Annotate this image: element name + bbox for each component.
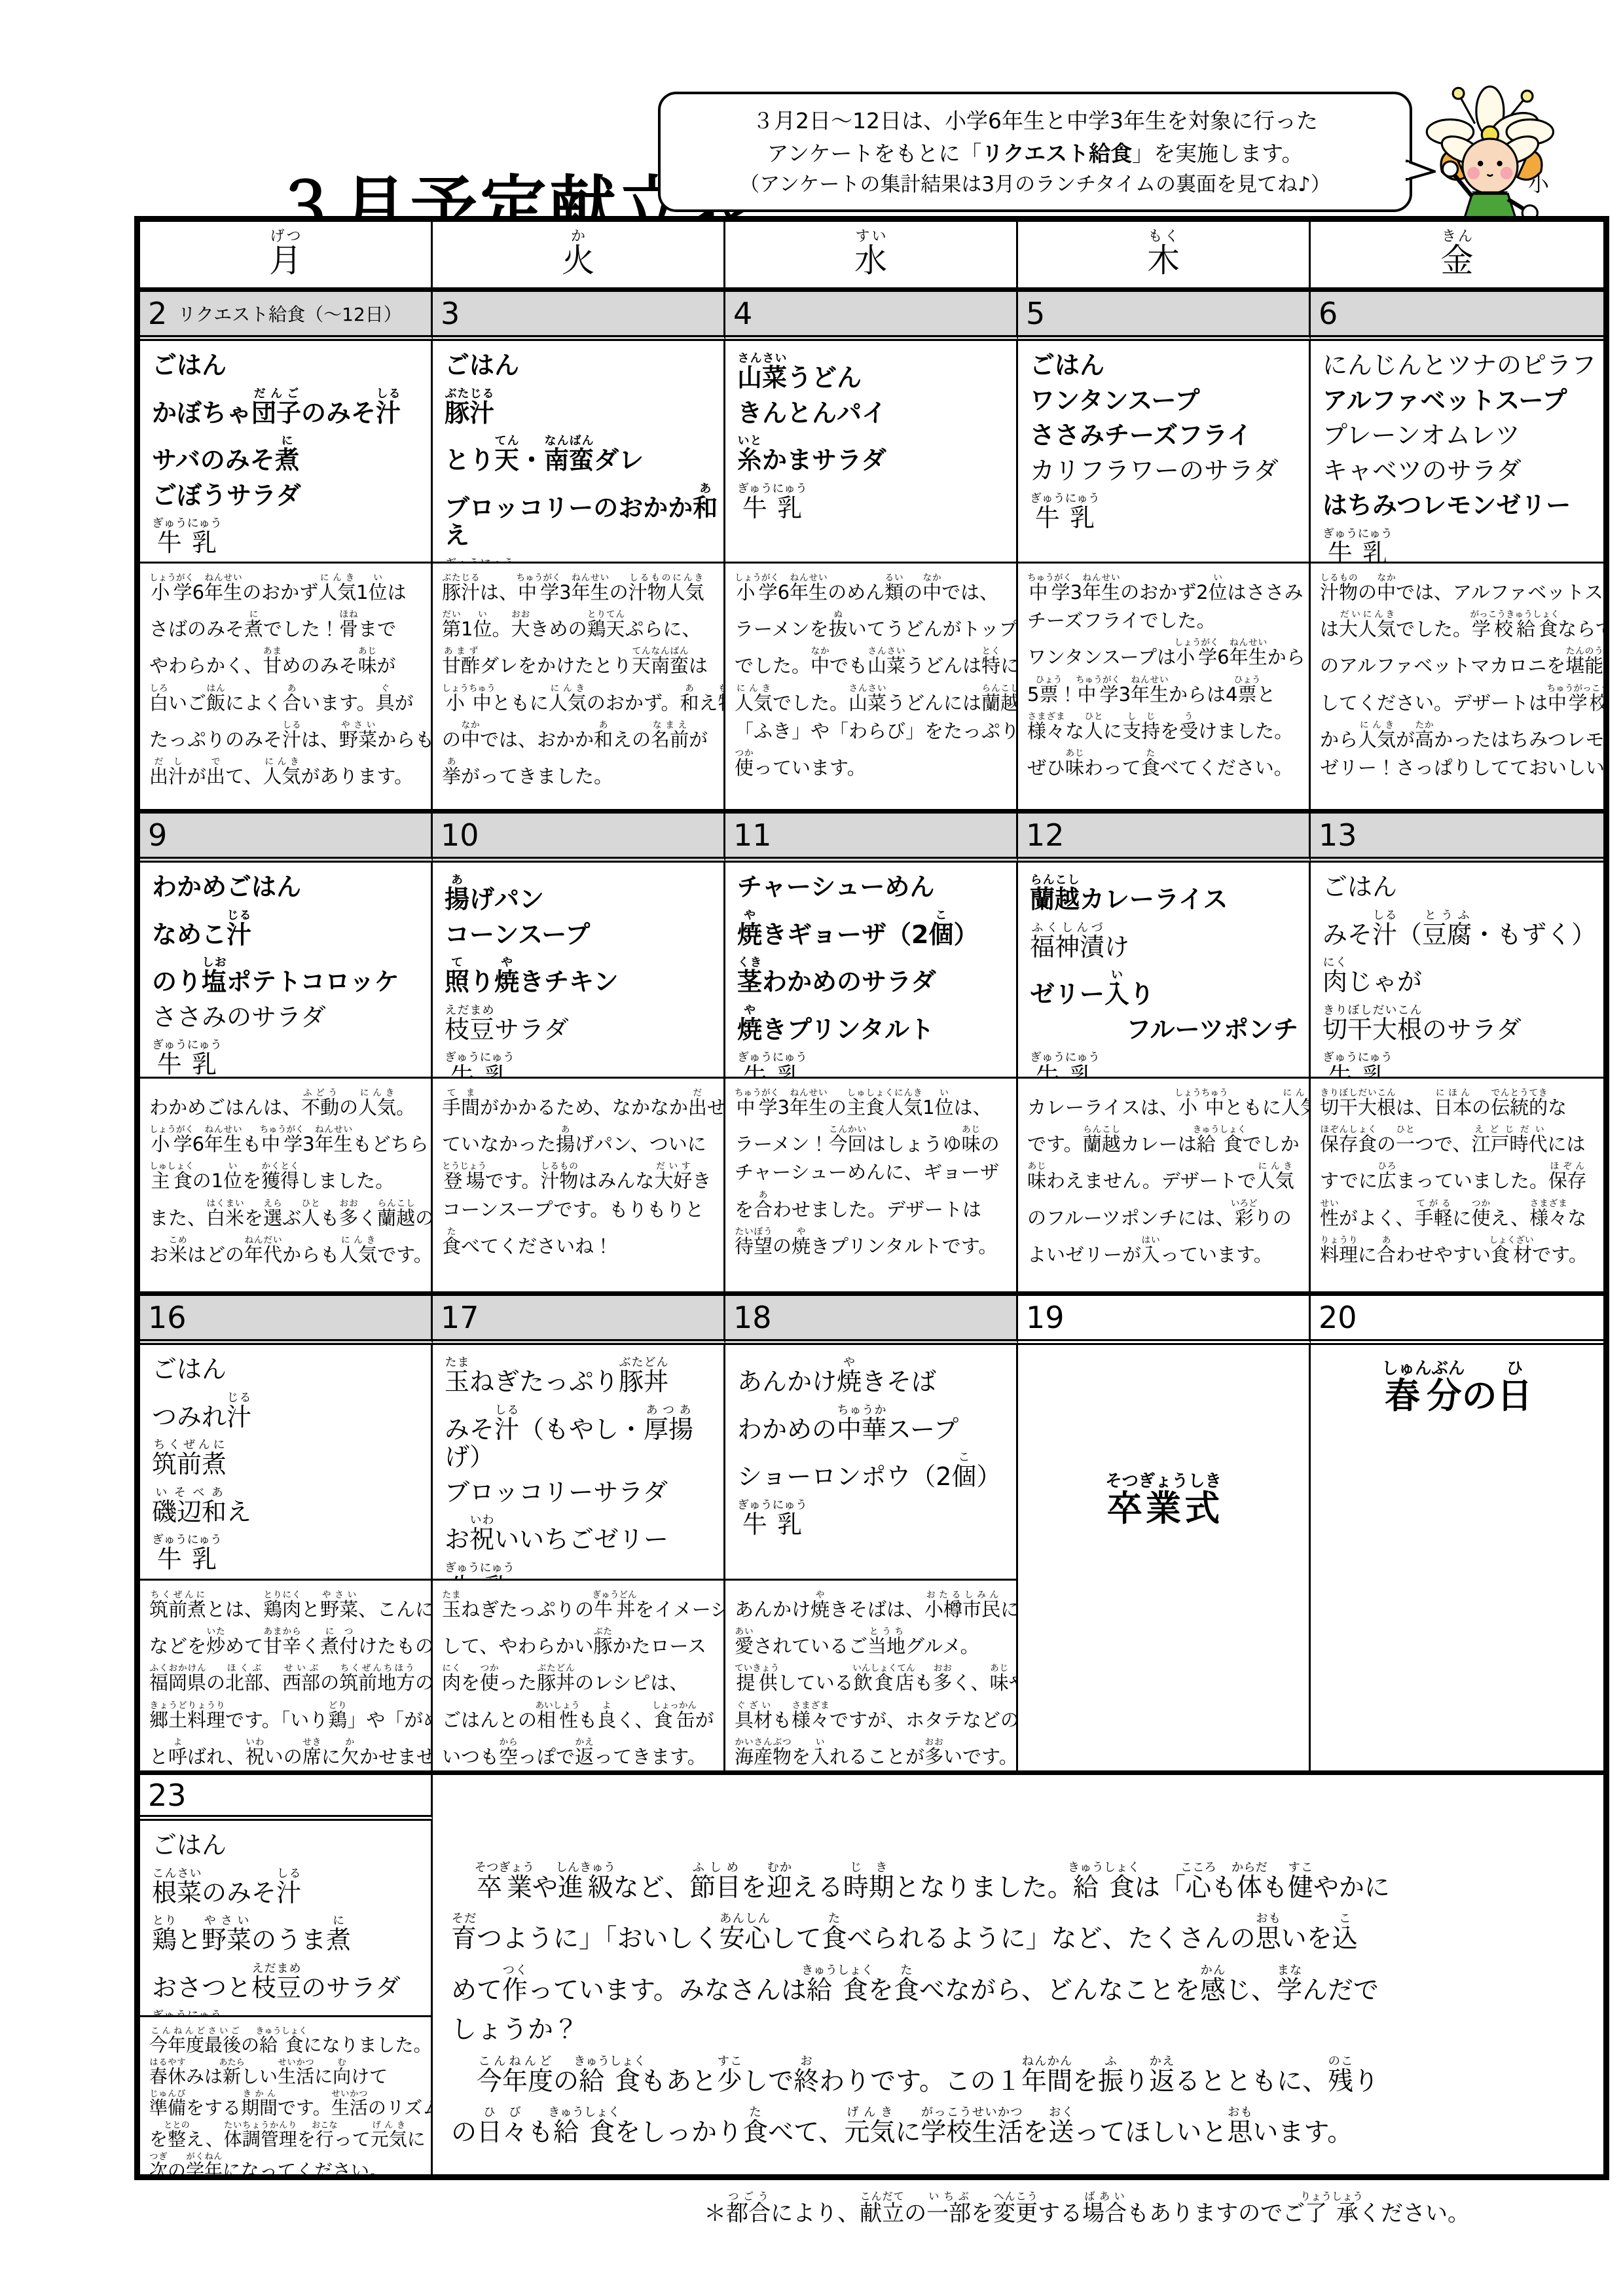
date-cell-19: 19	[1018, 1296, 1311, 1345]
menu-item: 玉たまねぎたっぷり豚丼ぶたどん	[445, 1355, 718, 1396]
description-line: 小中しょうちゅうともに人気にんきのおかず。和あえ物もの	[442, 683, 720, 714]
note-cell-11: 中学ちゅうがく3年生ねんせいの主食人気しゅしょくにんき1位いは、ラーメン！今回こ…	[725, 1079, 1018, 1291]
footnote: ＊都合つごうにより、献立こんだての一部いちぶを変更へんこうする場合ばあいもありま…	[0, 2190, 1470, 2227]
description-line: から人気にんきが高たかかったはちみつレモン	[1320, 720, 1599, 751]
description-line: などを炒いためて甘辛あまからく煮付につけたもので	[149, 1626, 427, 1657]
menu-item: 牛乳ぎゅうにゅう	[737, 1050, 1011, 1079]
date-number: 20	[1319, 1300, 1357, 1335]
date-number: 3	[441, 296, 460, 331]
menu-item: みそ汁しる（もやし・厚揚あつあげ）	[445, 1403, 718, 1471]
menu-item: つみれ汁じる	[152, 1391, 426, 1431]
description-line: 今年度最後こんねんどさいごの給食きゅうしょくになりました。	[149, 2026, 427, 2056]
menu-item: 糸いとかまサラダ	[737, 434, 1011, 475]
note-cell-9: わかめごはんは、不動ふどうの人気にんき。小学しょうがく6年生ねんせいも中学ちゅう…	[140, 1079, 433, 1291]
menu-item: 豚汁ぶたじる	[445, 387, 718, 427]
description-line: 出汁だしが出でて、人気にんきがあります。	[149, 757, 427, 787]
menu-item: 茎くきわかめのサラダ	[737, 956, 1011, 996]
menu-item: のり塩しおポテトコロッケ	[152, 956, 426, 996]
description-line: の中なかでは、おかか和あえの名前なまえが	[442, 720, 720, 751]
weekday-header-row: 月げつ火か水すい木もく金きん	[140, 222, 1603, 287]
note-cell-2: 小学しょうがく6年生ねんせいのおかず人気にんき1位いはさばのみそ煮にでした！骨ほ…	[140, 564, 433, 809]
description-line: 切干大根きりぼしだいこんは、日本にほんの伝統的でんとうてきな	[1320, 1088, 1599, 1119]
description-line: を整ととのえ、体調管理たいちょうかんりを行おこなって元気げんきに	[149, 2121, 427, 2150]
menu-item: 肉にくじゃが	[1322, 956, 1598, 996]
description-line: 小学しょうがく6年生ねんせいのおかず人気にんき1位いは	[149, 573, 427, 603]
message-line: 卒業そつぎょうや進級しんきゅうなど、節目ふしめを迎むかえる時期じきとなりました。…	[451, 1861, 1590, 1904]
date-number: 10	[441, 817, 479, 853]
menu-item: あんかけ焼やきそば	[737, 1355, 1011, 1396]
notice-bold-text: リクエスト給食	[981, 141, 1132, 166]
message-line: めて作つくっています。みなさんは給食きゅうしょくを食たべながら、どんなことを感か…	[451, 1964, 1590, 2007]
menu-cell-2: ごはんかぼちゃ団子だんごのみそ汁しるサバのみそ煮にごぼうサラダ牛乳ぎゅうにゅう	[140, 341, 433, 564]
menu-cell-6: にんじんとツナのピラフアルファベットスーププレーンオムレツキャベツのサラダはちみ…	[1311, 341, 1603, 564]
date-number: 17	[441, 1300, 479, 1335]
date-cell-16: 16	[140, 1296, 433, 1345]
date-cell-10: 10	[433, 814, 725, 863]
description-line: でした。中なかでも山菜さんさいうどんは特とくに	[735, 646, 1012, 677]
menu-cell-5: ごはんワンタンスープささみチーズフライカリフラワーのサラダ牛乳ぎゅうにゅう	[1018, 341, 1311, 564]
menu-item: ごはん	[1030, 351, 1304, 380]
notice-text: アンケートをもとに「	[767, 141, 981, 166]
description-line: 使つかっています。	[735, 748, 1012, 779]
menu-item: 蘭越らんこしカレーライス	[1030, 873, 1304, 914]
menu-item: 揚あげパン	[445, 873, 718, 914]
date-number: 18	[733, 1300, 772, 1335]
description-line: 待望たいぼうの焼やきプリンタルトです。	[735, 1227, 1012, 1257]
description-line: 第だい1位い。大おおきめの鶏天とりてんぷらに、	[442, 609, 720, 640]
week-row-3: 16ごはんつみれ汁じる筑前煮ちくぜんに磯辺和いそべあえ牛乳ぎゅうにゅう筑前煮ちく…	[140, 1291, 1603, 1770]
weekday-wednesday: 水すい	[725, 222, 1018, 287]
notice-line: アンケートをもとに「リクエスト給食」を実施します。	[666, 137, 1404, 170]
lunch-menu-page: { "title": "３月予定献立表", "corner_label": "小…	[0, 0, 1623, 2296]
date-cell-20: 20	[1311, 1296, 1603, 1345]
description-line: 料理りょうりに合あわせやすい食材しょくざいです。	[1320, 1235, 1599, 1266]
menu-item: ブロッコリーサラダ	[445, 1479, 718, 1507]
description-line: 5票ひょう！中学ちゅうがく3年生ねんせいからは4票ひょうと	[1027, 675, 1305, 706]
description-line: 海産物かいさんぶつを入いれることが多おおいです。	[735, 1737, 1012, 1768]
description-line: 汁物しるものの中なかでは、アルファベットスープ	[1320, 573, 1599, 603]
note-cell-10: 手間てまがかかるため、なかなか出だせていなかった揚あげパン、ついに登場とうじょう…	[433, 1079, 725, 1291]
menu-item: かぼちゃ団子だんごのみそ汁しる	[152, 387, 426, 427]
request-kyushoku-notice: ３月2日～12日は、小学6年生と中学3年生を対象に行った アンケートをもとに「リ…	[658, 92, 1412, 212]
description-line: 愛あいされているご当地とうちグルメ。	[735, 1626, 1012, 1657]
description-line: 春休はるやすみは新あたらしい生活せいかつに向むけて	[149, 2058, 427, 2087]
menu-item: おさつと枝豆えだまめのサラダ	[152, 1962, 426, 2002]
note-cell-4: 小学しょうがく6年生ねんせいのめん類るいの中なかでは、ラーメンを抜ぬいてうどんが…	[725, 564, 1018, 809]
menu-cell-17: 玉たまねぎたっぷり豚丼ぶたどんみそ汁しる（もやし・厚揚あつあげ）ブロッコリーサラ…	[433, 1345, 725, 1581]
menu-cell-10: 揚あげパンコーンスープ照てり焼やきチキン枝豆えだまめサラダ牛乳ぎゅうにゅう	[433, 863, 725, 1079]
description-line: ぜひ味あじわって食たべてください。	[1027, 748, 1305, 779]
description-line: すでに広ひろまっていました。保存ほぞん	[1320, 1161, 1599, 1192]
closing-message: 卒業そつぎょうや進級しんきゅうなど、節目ふしめを迎むかえる時期じきとなりました。…	[433, 1775, 1603, 2174]
menu-cell-12: 蘭越らんこしカレーライス福神漬ふくしんづけゼリー入いりフルーツポンチ牛乳ぎゅうに…	[1018, 863, 1311, 1079]
note-cell-16: 筑前煮ちくぜんにとは、鶏肉とりにくと野菜やさい、こんにゃくなどを炒いためて甘辛あ…	[140, 1581, 433, 1770]
menu-item: 牛乳ぎゅうにゅう	[445, 1561, 718, 1581]
description-line: 手間てまがかかるため、なかなか出だせ	[442, 1088, 720, 1119]
description-line: 甘酢あまずダレをかけたとり天南蛮てんなんばんは	[442, 646, 720, 677]
date-cell-9: 9	[140, 814, 433, 863]
week-row-4: 23ごはん根菜こんさいのみそ汁しる鶏とりと野菜やさいのうま煮におさつと枝豆えだま…	[140, 1770, 1603, 2174]
menu-item: 根菜こんさいのみそ汁しる	[152, 1867, 426, 1907]
week-row-2: 9わかめごはんなめこ汁じるのり塩しおポテトコロッケささみのサラダ牛乳ぎゅうにゅう…	[140, 809, 1603, 1291]
date-note: リクエスト給食（～12日）	[177, 300, 402, 327]
date-number: 12	[1026, 817, 1065, 853]
menu-item: 牛乳ぎゅうにゅう	[152, 1533, 426, 1573]
menu-calendar-table: 月げつ火か水すい木もく金きん 2リクエスト給食（～12日）ごはんかぼちゃ団子だん…	[134, 216, 1609, 2180]
menu-item: サバのみそ煮に	[152, 434, 426, 475]
menu-item: わかめごはん	[152, 873, 426, 901]
description-line: して、やわらかい豚ぶたかたロース	[442, 1626, 720, 1657]
description-line: を合あわせました。デザートは	[735, 1190, 1012, 1221]
description-line: 豚汁ぶたじるは、中学ちゅうがく3年生ねんせいの汁物人気しるものにんき	[442, 573, 720, 603]
description-line: ゼリー！さっぱりしてておいしいです。	[1320, 757, 1599, 779]
date-number: 4	[733, 296, 752, 331]
menu-item: フルーツポンチ	[1030, 1016, 1304, 1044]
description-line: 小学しょうがく6年生ねんせいも中学ちゅうがく3年生ねんせいもどちらも	[149, 1124, 427, 1155]
menu-item: ブロッコリーのおかか和あえ	[445, 482, 718, 550]
description-line: 挙あがってきました。	[442, 757, 720, 787]
weeks-container: 2リクエスト給食（～12日）ごはんかぼちゃ団子だんごのみそ汁しるサバのみそ煮にご…	[140, 287, 1603, 2174]
description-line: また、白米はくまいを選えらぶ人ひとも多おおく蘭越らんこしの	[149, 1198, 427, 1229]
menu-item: 牛乳ぎゅうにゅう	[1322, 1050, 1598, 1079]
menu-item: 焼やきギョーザ（2個こ）	[737, 908, 1011, 949]
description-line: いつも空からっぽで返かえってきます。	[442, 1737, 720, 1768]
note-cell-6: 汁物しるものの中なかでは、アルファベットスープは大人気だいにんきでした。学校給食…	[1311, 564, 1603, 809]
date-cell-23: 23	[140, 1775, 433, 1821]
menu-item: わかめの中華ちゅうかスープ	[737, 1403, 1011, 1444]
description-line: やわらかく、甘あまめのみそ味あじが	[149, 646, 427, 677]
note-cell-17: 玉たまねぎたっぷりの牛丼ぎゅうどんをイメージして、やわらかい豚ぶたかたロース肉に…	[433, 1581, 725, 1770]
menu-item: 筑前煮ちくぜんに	[152, 1438, 426, 1479]
menu-cell-11: チャーシューめん焼やきギョーザ（2個こ）茎くきわかめのサラダ焼やきプリンタルト牛…	[725, 863, 1018, 1079]
description-line: 「ふき」や「わらび」をたっぷりと	[735, 720, 1012, 742]
date-cell-12: 12	[1018, 814, 1311, 863]
menu-item: ごぼうサラダ	[152, 482, 426, 510]
menu-item: 牛乳ぎゅうにゅう	[152, 2009, 426, 2017]
weekday-thursday: 木もく	[1018, 222, 1311, 287]
description-line: チーズフライでした。	[1027, 609, 1305, 632]
menu-item: なめこ汁じる	[152, 908, 426, 949]
menu-item: にんじんとツナのピラフ	[1322, 351, 1598, 380]
description-line: 白しろいご飯はんによく合あいます。具ぐが	[149, 683, 427, 714]
message-line: 今年度こんねんどの給食きゅうしょくもあと少すこしで終おわりです。この１年間ねんか…	[451, 2054, 1590, 2098]
menu-item: 牛乳ぎゅうにゅう	[445, 557, 718, 564]
menu-item: ごはん	[152, 1831, 426, 1859]
date-number: 2	[148, 296, 167, 331]
description-line: 肉にくを使つかった豚丼ぶたどんのレシピは、	[442, 1663, 720, 1694]
description-line: 中学ちゅうがく3年生ねんせいのおかず2位いはささみ	[1027, 573, 1305, 603]
description-line: あんかけ焼やきそばは、小樽市民おたるしみんに	[735, 1590, 1012, 1621]
menu-item: 牛乳ぎゅうにゅう	[152, 1038, 426, 1079]
date-number: 6	[1319, 296, 1338, 331]
description-line: 郷土料理きょうどりょうりです。「いり鶏どり」や「がめ煮に」	[149, 1700, 427, 1731]
description-line: ワンタンスープは小学しょうがく6年生ねんせいから	[1027, 637, 1305, 668]
menu-item: ごはん	[152, 1355, 426, 1384]
note-cell-13: 切干大根きりぼしだいこんは、日本にほんの伝統的でんとうてきな保存食ほぞんしょくの…	[1311, 1079, 1603, 1291]
date-number: 23	[148, 1778, 187, 1813]
description-line: 食たべてくださいね！	[442, 1227, 720, 1257]
description-line: チャーシューめんに、ギョーザ	[735, 1161, 1012, 1183]
menu-item: 山菜さんさいうどん	[737, 351, 1011, 392]
description-line: です。蘭越らんこしカレーは給食きゅうしょくでしか	[1027, 1124, 1305, 1155]
menu-item: 枝豆えだまめサラダ	[445, 1003, 718, 1044]
description-line: のアルファベットマカロニを堪能たんのう	[1320, 646, 1599, 677]
description-line: コーンスープです。もりもりと	[442, 1198, 720, 1221]
menu-item: ワンタンスープ	[1030, 387, 1304, 415]
note-cell-23: 今年度最後こんねんどさいごの給食きゅうしょくになりました。春休はるやすみは新あた…	[140, 2017, 433, 2174]
description-line: 次つぎの学年がくねんになってください。	[149, 2152, 427, 2174]
description-line: よいゼリーが入はいっています。	[1027, 1235, 1305, 1266]
date-cell-2: 2リクエスト給食（～12日）	[140, 292, 433, 341]
description-line: 筑前煮ちくぜんにとは、鶏肉とりにくと野菜やさい、こんにゃく	[149, 1590, 427, 1621]
menu-cell-23: ごはん根菜こんさいのみそ汁しる鶏とりと野菜やさいのうま煮におさつと枝豆えだまめの…	[140, 1821, 433, 2017]
date-cell-3: 3	[433, 292, 725, 341]
weekday-friday: 金きん	[1311, 222, 1603, 287]
notice-line: ３月2日～12日は、小学6年生と中学3年生を対象に行った	[666, 105, 1404, 137]
date-number: 13	[1319, 817, 1357, 853]
menu-item: とり天てん・南蛮なんばんダレ	[445, 434, 718, 475]
description-line: 様々さまざまな人ひとに支持しじを受うけました。	[1027, 711, 1305, 742]
description-line: と呼よばれ、祝いわいの席せきに欠かかせません。	[149, 1737, 427, 1768]
menu-item: 福神漬ふくしんづけ	[1030, 921, 1304, 961]
menu-cell-3: ごはん豚汁ぶたじるとり天てん・南蛮なんばんダレブロッコリーのおかか和あえ牛乳ぎゅ…	[433, 341, 725, 564]
description-line: ラーメン！今回こんかいはしょうゆ味あじの	[735, 1124, 1012, 1155]
weekday-tuesday: 火か	[433, 222, 725, 287]
menu-cell-9: わかめごはんなめこ汁じるのり塩しおポテトコロッケささみのサラダ牛乳ぎゅうにゅう	[140, 863, 433, 1079]
date-number: 11	[733, 817, 772, 853]
description-line: カレーライスは、小中しょうちゅうともに人気にんき	[1027, 1088, 1305, 1119]
date-number: 9	[148, 817, 167, 853]
description-line: たっぷりのみそ汁しるは、野菜やさいからも	[149, 720, 427, 751]
note-cell-18: あんかけ焼やきそばは、小樽市民おたるしみんに愛あいされているご当地とうちグルメ。…	[725, 1581, 1018, 1770]
graduation-ceremony: 卒業式そつぎょうしき	[1018, 1345, 1311, 1770]
week-row-1: 2リクエスト給食（～12日）ごはんかぼちゃ団子だんごのみそ汁しるサバのみそ煮にご…	[140, 287, 1603, 809]
message-line: 育そだつように」「おいしく安心あんしんして食たべられるように」など、たくさんの思…	[451, 1912, 1590, 1955]
special-day-label: 卒業式そつぎょうしき	[1018, 1345, 1309, 1528]
description-line: 登場とうじょうです。汁物しるものはみんな大好だいすき	[442, 1161, 720, 1192]
menu-item: ささみチーズフライ	[1030, 422, 1304, 450]
menu-item: 鶏とりと野菜やさいのうま煮に	[152, 1914, 426, 1954]
date-number: 19	[1026, 1300, 1065, 1335]
menu-item: キャベツのサラダ	[1322, 457, 1598, 485]
menu-item: 切干大根きりぼしだいこんのサラダ	[1322, 1003, 1598, 1044]
school-type-label: 小	[1528, 168, 1549, 198]
description-line: 性せいがよく、手軽てがるに使つかえ、様々さまざまな	[1320, 1198, 1599, 1229]
menu-cell-13: ごはんみそ汁しる（豆腐とうふ・もずく）肉にくじゃが切干大根きりぼしだいこんのサラ…	[1311, 863, 1603, 1079]
description-line: 主食しゅしょくの1位いを獲得かくとくしました。	[149, 1161, 427, 1192]
description-line: 味あじわえません。デザートで人気にんき	[1027, 1161, 1305, 1192]
description-line: 中学ちゅうがく3年生ねんせいの主食人気しゅしょくにんき1位いは、	[735, 1088, 1012, 1119]
menu-item: 牛乳ぎゅうにゅう	[737, 482, 1011, 522]
menu-cell-16: ごはんつみれ汁じる筑前煮ちくぜんに磯辺和いそべあえ牛乳ぎゅうにゅう	[140, 1345, 433, 1581]
menu-item: ゼリー入いり	[1030, 968, 1304, 1009]
date-number: 16	[148, 1300, 187, 1335]
note-cell-12: カレーライスは、小中しょうちゅうともに人気にんきです。蘭越らんこしカレーは給食き…	[1018, 1079, 1311, 1291]
date-cell-18: 18	[725, 1296, 1018, 1345]
menu-cell-18: あんかけ焼やきそばわかめの中華ちゅうかスープショーロンポウ（2個こ）牛乳ぎゅうに…	[725, 1345, 1018, 1581]
menu-item: 牛乳ぎゅうにゅう	[737, 1498, 1011, 1539]
description-line: ラーメンを抜ぬいてうどんがトップ	[735, 609, 1012, 640]
menu-item: 牛乳ぎゅうにゅう	[1322, 527, 1598, 564]
date-cell-13: 13	[1311, 814, 1603, 863]
weekday-monday: 月げつ	[140, 222, 433, 287]
menu-item: ごはん	[1322, 873, 1598, 901]
description-line: 小学しょうがく6年生ねんせいのめん類るいの中なかでは、	[735, 573, 1012, 603]
description-line: 玉たまねぎたっぷりの牛丼ぎゅうどんをイメージ	[442, 1590, 720, 1621]
date-number: 5	[1026, 296, 1045, 331]
description-line: 福岡県ふくおかけんの北部ほくぶ、西部せいぶの筑前地方ちくぜんちほうの	[149, 1663, 427, 1694]
description-line: してください。デザートは中学校ちゅうがっこう	[1320, 683, 1599, 714]
menu-item: 牛乳ぎゅうにゅう	[152, 516, 426, 557]
description-line: お米こめはどの年代ねんだいからも人気にんきです。	[149, 1235, 427, 1266]
description-line: ごはんとの相性あいしょうも良よく、食缶しょっかんが	[442, 1700, 720, 1731]
menu-item: きんとんパイ	[737, 399, 1011, 427]
menu-item: チャーシューめん	[737, 873, 1011, 901]
date-cell-6: 6	[1311, 292, 1603, 341]
vernal-equinox-day: 春分しゅんぶんの日ひ	[1311, 1345, 1603, 1770]
date-cell-17: 17	[433, 1296, 725, 1345]
description-line: 提供ていきょうしている飲食店いんしょくてんも多おおく、味あじや	[735, 1663, 1012, 1694]
note-cell-3: 豚汁ぶたじるは、中学ちゅうがく3年生ねんせいの汁物人気しるものにんき第だい1位い…	[433, 564, 725, 809]
menu-item: ささみのサラダ	[152, 1003, 426, 1031]
menu-item: 牛乳ぎゅうにゅう	[1030, 492, 1304, 532]
description-line: 人気にんきでした。山菜さんさいうどんには蘭越らんこしの	[735, 683, 1012, 714]
description-line: さばのみそ煮にでした！骨ほねまで	[149, 609, 427, 640]
menu-item: 磯辺和いそべあえ	[152, 1486, 426, 1526]
menu-item: ショーロンポウ（2個こ）	[737, 1450, 1011, 1491]
description-line: 具材ぐざいも様々さまざまですが、ホタテなどの	[735, 1700, 1012, 1731]
notice-line: （アンケートの集計結果は3月のランチタイムの裏面を見てね♪）	[666, 170, 1404, 200]
description-line: わかめごはんは、不動ふどうの人気にんき。	[149, 1088, 427, 1119]
menu-item: アルファベットスープ	[1322, 387, 1598, 415]
menu-item: プレーンオムレツ	[1322, 422, 1598, 450]
menu-cell-4: 山菜さんさいうどんきんとんパイ糸いとかまサラダ牛乳ぎゅうにゅう	[725, 341, 1018, 564]
menu-item: ごはん	[152, 351, 426, 380]
menu-item: カリフラワーのサラダ	[1030, 457, 1304, 485]
description-line: のフルーツポンチには、彩いろどりの	[1027, 1198, 1305, 1229]
description-line: ていなかった揚あげパン、ついに	[442, 1124, 720, 1155]
message-line: しょうか？	[451, 2015, 1590, 2046]
menu-item: 焼やきプリンタルト	[737, 1003, 1011, 1044]
message-line: の日々ひびも給食きゅうしょくをしっかり食たべて、元気げんきに学校生活がっこうせい…	[451, 2106, 1590, 2149]
menu-item: みそ汁しる（豆腐とうふ・もずく）	[1322, 908, 1598, 949]
menu-item: 牛乳ぎゅうにゅう	[1030, 1050, 1304, 1079]
description-line: は大人気だいにんきでした。学校給食がっこうきゅうしょくならでは	[1320, 609, 1599, 640]
menu-item: コーンスープ	[445, 921, 718, 949]
date-cell-4: 4	[725, 292, 1018, 341]
date-cell-11: 11	[725, 814, 1018, 863]
note-cell-5: 中学ちゅうがく3年生ねんせいのおかず2位いはささみチーズフライでした。ワンタンス…	[1018, 564, 1311, 809]
menu-item: 牛乳ぎゅうにゅう	[445, 1050, 718, 1079]
date-cell-5: 5	[1018, 292, 1311, 341]
menu-item: お祝いわいいちごゼリー	[445, 1513, 718, 1554]
description-line: 保存食ほぞんしょくの一ひとつで、江戸時代えどじだいには	[1320, 1124, 1599, 1155]
description-line: 準備じゅんびをする期間きかんです。生活せいかつのリズム	[149, 2089, 427, 2119]
special-day-label: 春分しゅんぶんの日ひ	[1311, 1345, 1603, 1415]
menu-item: はちみつレモンゼリー	[1322, 492, 1598, 520]
menu-item: 照てり焼やきチキン	[445, 956, 718, 996]
menu-item: ごはん	[445, 351, 718, 380]
notice-text: 」を実施します。	[1132, 141, 1303, 166]
